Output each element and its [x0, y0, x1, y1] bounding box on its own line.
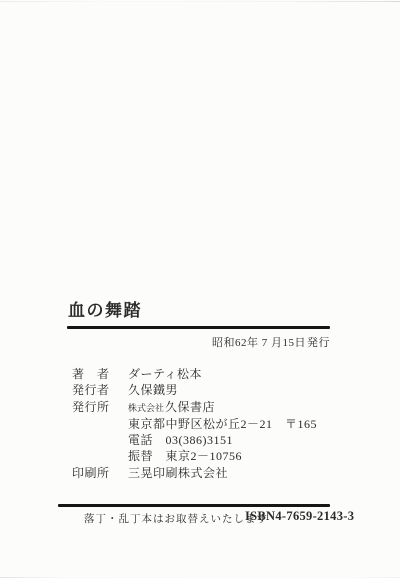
address-row: 東京都中野区松が丘2－21 〒165: [72, 416, 317, 432]
phone-value: 電話 03(386)3151: [128, 432, 233, 448]
address-value: 東京都中野区松が丘2－21 〒165: [128, 416, 317, 432]
colophon-block: 著 者 ダーティ松本 発行者 久保鐵男 発行所 株式会社久保書店 東京都中野区松…: [72, 366, 317, 481]
printer-row: 印刷所 三晃印刷株式会社: [72, 465, 317, 481]
publisher-person-row: 発行者 久保鐵男: [72, 382, 317, 398]
publisher-company-row: 発行所 株式会社久保書店: [72, 399, 317, 416]
printer-label: 印刷所: [72, 465, 109, 481]
replacement-notice: 落丁・乱丁本はお取替えいたします: [84, 511, 268, 526]
colophon-page: 血の舞踏 昭和62年 7 月15日 発行 著 者 ダーティ松本 発行者 久保鐵男…: [0, 0, 400, 578]
scan-edge-top: [0, 1, 400, 2]
phone-row: 電話 03(386)3151: [72, 432, 317, 448]
publisher-company-value: 株式会社久保書店: [128, 399, 215, 416]
publisher-person-label: 発行者: [72, 382, 109, 398]
postal-transfer-row: 振替 東京2－10756: [72, 448, 317, 464]
book-title: 血の舞踏: [68, 301, 142, 321]
phone-label: [72, 432, 109, 448]
address-label: [72, 416, 109, 432]
postal-transfer-label: [72, 448, 109, 464]
publication-date: 昭和62年 7 月15日: [212, 334, 306, 350]
title-rule: [67, 326, 330, 329]
author-value: ダーティ松本: [128, 366, 202, 382]
postal-transfer-value: 振替 東京2－10756: [128, 448, 242, 464]
publisher-person-value: 久保鐵男: [128, 382, 178, 398]
publication-label: 発行: [307, 334, 330, 350]
printer-value: 三晃印刷株式会社: [128, 465, 228, 481]
author-label: 著 者: [72, 366, 109, 382]
publication-date-line: 昭和62年 7 月15日 発行: [212, 334, 330, 350]
publisher-company-label: 発行所: [72, 399, 109, 416]
author-row: 著 者 ダーティ松本: [72, 366, 317, 382]
isbn: ISBN4-7659-2143-3: [245, 509, 354, 524]
footer-rule: [58, 504, 330, 507]
publisher-company-name: 久保書店: [165, 400, 215, 414]
corporation-prefix: 株式会社: [128, 403, 164, 413]
